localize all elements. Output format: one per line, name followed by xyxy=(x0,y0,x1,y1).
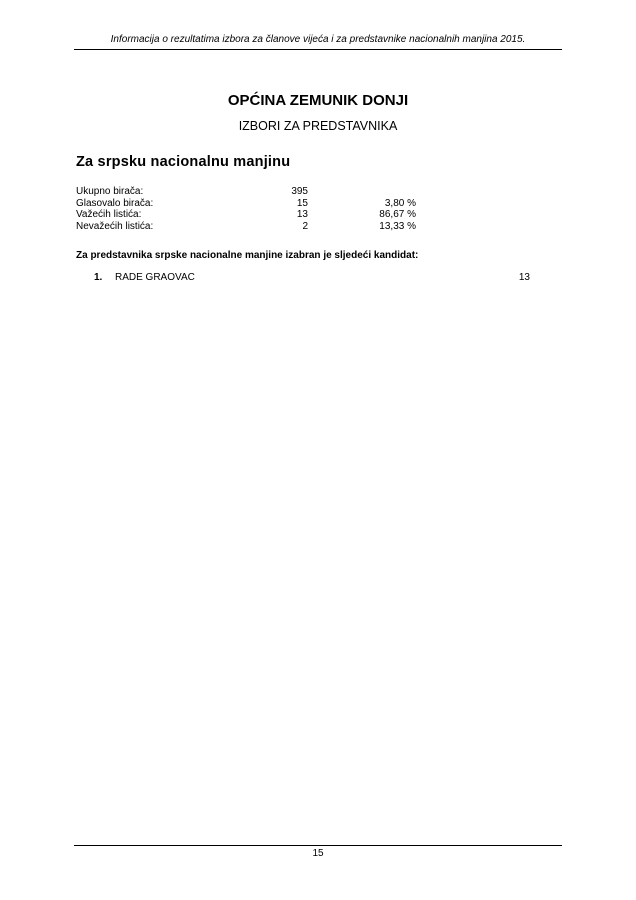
stat-row: Važećih listića: 13 86,67 % xyxy=(76,209,416,221)
header-text: Informacija o rezultatima izbora za član… xyxy=(74,34,562,45)
stat-label: Glasovalo birača: xyxy=(76,198,153,210)
stat-count: 13 xyxy=(297,209,308,221)
stat-label: Ukupno birača: xyxy=(76,186,143,198)
stat-label: Važećih listića: xyxy=(76,209,141,221)
stat-percent: 13,33 % xyxy=(379,221,416,233)
header-divider xyxy=(74,49,562,50)
section-title: Za srpsku nacionalnu manjinu xyxy=(76,154,290,170)
stat-count: 395 xyxy=(291,186,308,198)
candidate-number: 1. xyxy=(94,272,102,283)
page-number: 15 xyxy=(0,848,636,859)
candidate-votes: 13 xyxy=(519,272,530,283)
candidate-name: RADE GRAOVAC xyxy=(115,272,195,283)
footer-divider xyxy=(74,845,562,846)
elected-heading: Za predstavnika srpske nacionalne manjin… xyxy=(76,250,418,261)
stat-label: Nevažećih listića: xyxy=(76,221,153,233)
stat-percent: 86,67 % xyxy=(379,209,416,221)
stat-count: 2 xyxy=(302,221,308,233)
page-subtitle: IZBORI ZA PREDSTAVNIKA xyxy=(0,119,636,133)
stat-row: Glasovalo birača: 15 3,80 % xyxy=(76,198,416,210)
page-title: OPĆINA ZEMUNIK DONJI xyxy=(0,92,636,109)
stat-row: Nevažećih listića: 2 13,33 % xyxy=(76,221,416,233)
stat-percent: 3,80 % xyxy=(385,198,416,210)
stat-row: Ukupno birača: 395 xyxy=(76,186,416,198)
stat-count: 15 xyxy=(297,198,308,210)
stats-table: Ukupno birača: 395 Glasovalo birača: 15 … xyxy=(76,186,416,232)
